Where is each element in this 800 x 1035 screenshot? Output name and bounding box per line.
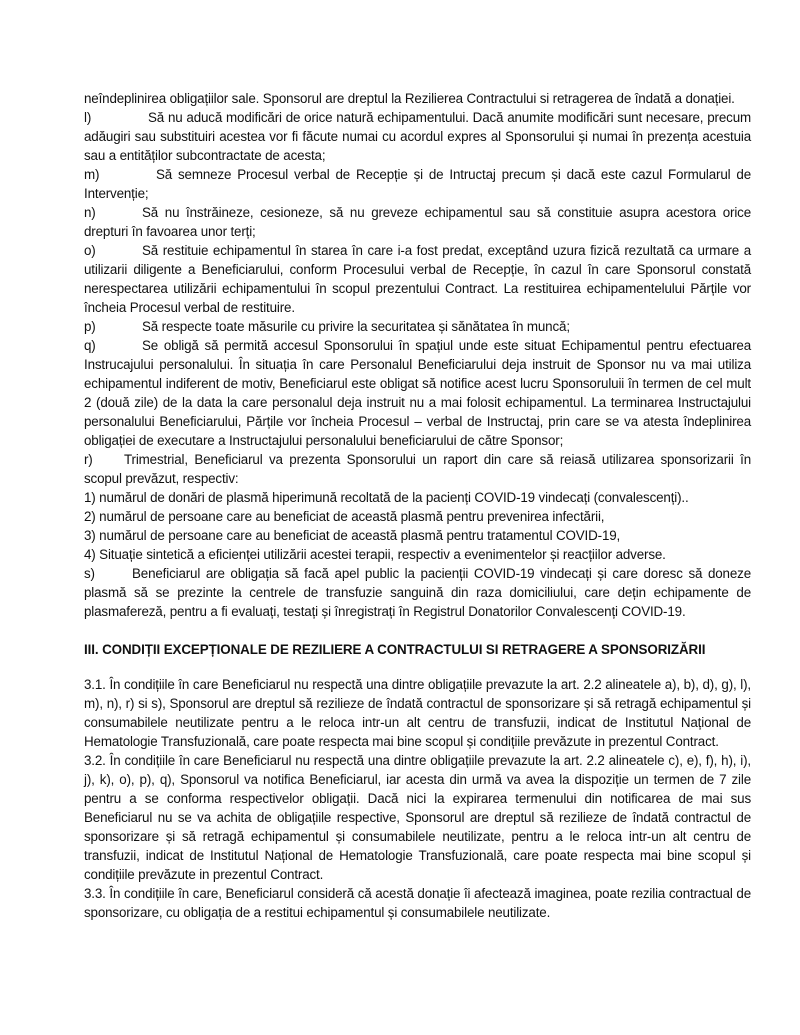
item-label: l) [84, 108, 148, 127]
item-text: Trimestrial, Beneficiarul va prezenta Sp… [84, 452, 751, 486]
clause-3-3: 3.3. În condițiile în care, Beneficiarul… [84, 884, 751, 922]
obligation-item-l: l)Să nu aducă modificări de orice natură… [84, 108, 751, 165]
obligation-item-p: p)Să respecte toate măsurile cu privire … [84, 317, 751, 336]
item-label: m) [84, 165, 156, 184]
item-text: Să semneze Procesul verbal de Recepție ș… [84, 167, 751, 201]
obligation-item-n: n)Să nu înstrăineze, cesioneze, să nu gr… [84, 203, 751, 241]
report-list-item: 2) numărul de persoane care au beneficia… [84, 507, 751, 526]
clause-3-2: 3.2. În condițiile în care Beneficiarul … [84, 751, 751, 884]
item-label: n) [84, 203, 142, 222]
obligation-item-r: r)Trimestrial, Beneficiarul va prezenta … [84, 450, 751, 488]
report-list: 1) numărul de donări de plasmă hiperimun… [84, 488, 751, 564]
item-label: s) [84, 564, 132, 583]
document-page: neîndeplinirea obligațiilor sale. Sponso… [84, 89, 751, 922]
obligation-item-s: s)Beneficiarul are obligația să facă ape… [84, 564, 751, 621]
item-label: p) [84, 317, 142, 336]
section-heading: III. CONDIȚII EXCEPȚIONALE DE REZILIERE … [84, 640, 751, 659]
report-list-item: 4) Situație sintetică a eficienței utili… [84, 545, 751, 564]
report-list-item: 1) numărul de donări de plasmă hiperimun… [84, 488, 751, 507]
item-text: Beneficiarul are obligația să facă apel … [84, 566, 751, 619]
obligation-item-m: m)Să semneze Procesul verbal de Recepție… [84, 165, 751, 203]
item-label: r) [84, 450, 124, 469]
item-text: Să nu aducă modificări de orice natură e… [84, 110, 751, 163]
obligation-item-o: o)Să restituie echipamentul în starea în… [84, 241, 751, 317]
item-text: Să restituie echipamentul în starea în c… [84, 243, 751, 315]
item-text: Se obligă să permită accesul Sponsorului… [84, 338, 751, 448]
clause-3-1: 3.1. În condițiile în care Beneficiarul … [84, 675, 751, 751]
item-label: o) [84, 241, 142, 260]
obligation-item-q: q)Se obligă să permită accesul Sponsorul… [84, 336, 751, 450]
continuation-paragraph: neîndeplinirea obligațiilor sale. Sponso… [84, 89, 751, 108]
item-label: q) [84, 336, 142, 355]
item-text: Să nu înstrăineze, cesioneze, să nu grev… [84, 205, 751, 239]
item-text: Să respecte toate măsurile cu privire la… [142, 319, 570, 334]
report-list-item: 3) numărul de persoane care au beneficia… [84, 526, 751, 545]
